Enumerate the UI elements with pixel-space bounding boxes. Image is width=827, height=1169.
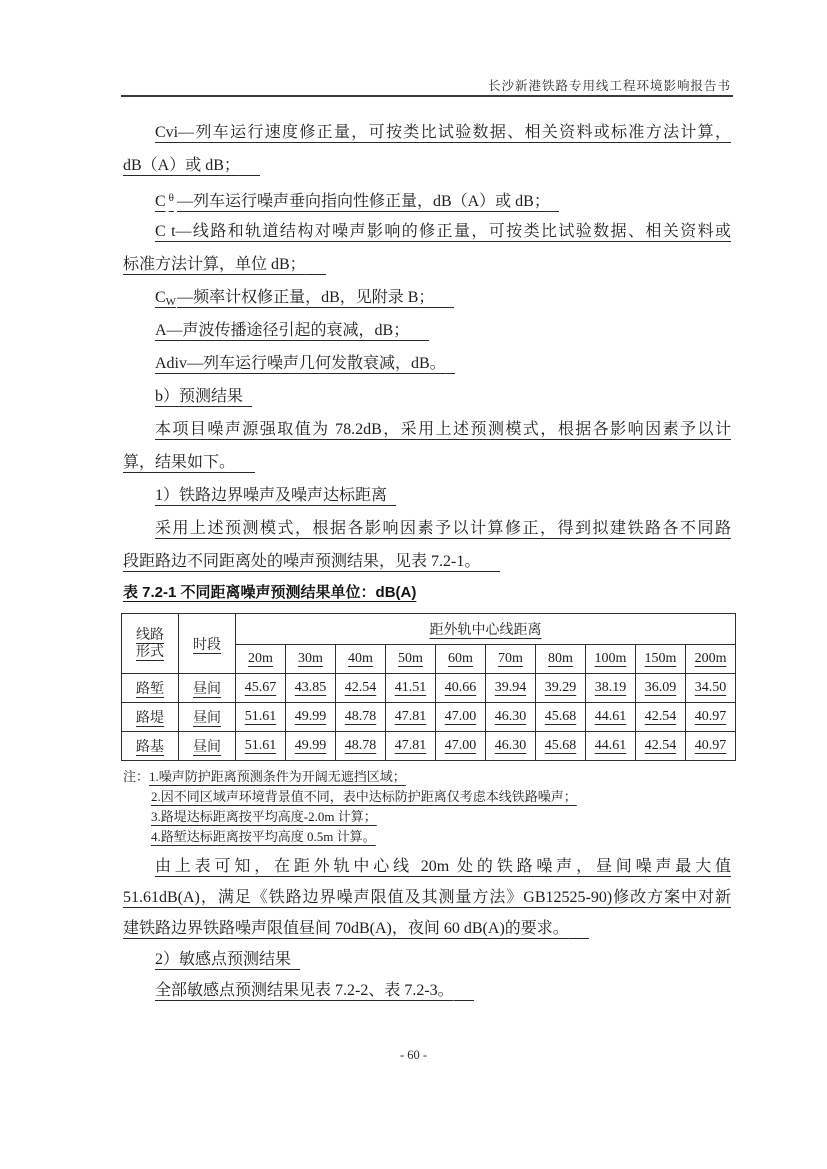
value-cell: 44.61 (586, 703, 636, 732)
body-text: C (155, 193, 166, 210)
distance-header-cell: 70m (486, 645, 536, 674)
distance-header-cell: 150m (636, 645, 686, 674)
body-line-ctheta: Cθ—列车运行噪声垂向指向性修正量，dB（A）或 dB； (123, 182, 731, 215)
distance-header-cell: 200m (686, 645, 736, 674)
distance-span-header-cell: 距外轨中心线距离 (236, 614, 736, 645)
table-notes: 注：1.噪声防护距离预测条件为开阔无遮挡区域； 2.因不同区域声环境背景值不同，… (123, 767, 731, 847)
body-line-a: A—声波传播途径引起的衰减，dB； (123, 314, 731, 347)
body-line-final: 全部敏感点预测结果见表 7.2-2、表 7.2-3。 (123, 975, 731, 1006)
body-text: 全部敏感点预测结果见表 7.2-2、表 7.2-3。 (155, 982, 454, 999)
underline-tail (306, 264, 326, 275)
value-cell: 39.94 (486, 674, 536, 703)
distance-header-cell: 60m (436, 645, 486, 674)
heading-2: 2）敏感点预测结果 (123, 944, 731, 975)
body-line-concl-3: 建铁路边界铁路噪声限值昼间 70dB(A)，夜间 60 dB(A)的要求。 (123, 913, 731, 944)
value-cell: 40.97 (686, 732, 736, 761)
w-subscript: W (166, 296, 176, 308)
underline-tail (291, 959, 300, 970)
period-header-cell: 时段 (179, 614, 236, 674)
underline-tail (235, 462, 255, 473)
table-header-row-span: 线路 形式 时段 距外轨中心线距离 (122, 614, 736, 645)
note-line: 4.路堑达标距离按平均高度 0.5m 计算。 (151, 827, 731, 847)
body-line-ct-1: C t—线路和轨道结构对噪声影响的修正量，可按类比试验数据、相关资料或 (123, 215, 731, 248)
value-cell: 45.68 (536, 703, 586, 732)
note-text: 2.因不同区域声环境背景值不同，表中达标防护距离仅考虑本线铁路噪声； (151, 789, 577, 804)
value-cell: 40.66 (436, 674, 486, 703)
body-text: 建铁路边界铁路噪声限值昼间 70dB(A)，夜间 60 dB(A)的要求。 (123, 920, 569, 937)
body-line-adopt-2: 段距路边不同距离处的噪声预测结果，见表 7.2-1。 (123, 545, 731, 578)
line-type-cell: 路堑 (122, 674, 179, 703)
heading-1: 1）铁路边界噪声及噪声达标距离 (123, 479, 731, 512)
underline-tail (387, 495, 396, 506)
value-cell: 40.97 (686, 703, 736, 732)
body-text: C (155, 289, 166, 306)
body-line-pred-2: 算，结果如下。 (123, 446, 731, 479)
line-type-header-cell: 线路 形式 (122, 614, 179, 674)
value-cell: 42.54 (636, 732, 686, 761)
period-cell: 昼间 (179, 703, 236, 732)
underline-tail (454, 990, 474, 1001)
value-cell: 41.51 (386, 674, 436, 703)
body-line-cvi-1: Cvi—列车运行速度修正量，可按类比试验数据、相关资料或标准方法计算， (123, 116, 731, 149)
page-number: - 60 - (0, 1048, 827, 1063)
table-row: 路堑昼间45.6743.8542.5441.5140.6639.9439.293… (122, 674, 736, 703)
value-cell: 45.68 (536, 732, 586, 761)
value-cell: 51.61 (236, 732, 286, 761)
table-row: 路堤昼间51.6149.9948.7847.8147.0046.3045.684… (122, 703, 736, 732)
theta-superscript: θ (169, 192, 174, 204)
value-cell: 34.50 (686, 674, 736, 703)
body-line-pred-1: 本项目噪声源强取值为 78.2dB，采用上述预测模式，根据各影响因素予以计 (123, 413, 731, 446)
header-text: 形式 (122, 644, 178, 661)
underline-tail (243, 396, 252, 407)
value-cell: 49.99 (286, 732, 336, 761)
value-cell: 36.09 (636, 674, 686, 703)
value-cell: 47.00 (436, 703, 486, 732)
value-cell: 48.78 (336, 703, 386, 732)
value-cell: 49.99 (286, 703, 336, 732)
body-line-concl-1: 由上表可知，在距外轨中心线 20m 处的铁路噪声，昼间噪声最大值 (123, 851, 731, 882)
underline-tail (480, 561, 500, 572)
distance-header-cell: 50m (386, 645, 436, 674)
heading-text: 1）铁路边界噪声及噪声达标距离 (155, 487, 387, 504)
line-type-cell: 路基 (122, 732, 179, 761)
table-body: 路堑昼间45.6743.8542.5441.5140.6639.9439.293… (122, 674, 736, 761)
note-line: 3.路堤达标距离按平均高度-2.0m 计算； (151, 807, 731, 827)
period-cell: 昼间 (179, 674, 236, 703)
value-cell: 47.81 (386, 732, 436, 761)
value-cell: 42.54 (636, 703, 686, 732)
table-row: 路基昼间51.6149.9948.7847.8147.0046.3045.684… (122, 732, 736, 761)
underline-tail (569, 928, 589, 939)
underline-tail (446, 363, 455, 374)
note-text: 4.路堑达标距离按平均高度 0.5m 计算。 (151, 829, 376, 844)
distance-header-cell: 40m (336, 645, 386, 674)
underline-tail (409, 330, 429, 341)
note-line: 2.因不同区域声环境背景值不同，表中达标防护距离仅考虑本线铁路噪声； (151, 787, 731, 807)
value-cell: 47.00 (436, 732, 486, 761)
body-line-adiv: Adiv—列车运行噪声几何发散衰减，dB。 (123, 347, 731, 380)
note-text: 1.噪声防护距离预测条件为开阔无遮挡区域； (149, 769, 406, 784)
underline-tail (550, 201, 559, 212)
body-text: 标准方法计算，单位 dB； (123, 256, 306, 273)
body-text: dB（A）或 dB； (123, 157, 240, 174)
body-line-cw: CW—频率计权修正量，dB，见附录 B； (123, 281, 731, 314)
table-caption: 表 7.2-1 不同距离噪声预测结果单位：dB(A) (123, 581, 731, 605)
value-cell: 46.30 (486, 703, 536, 732)
heading-text: 2）敏感点预测结果 (155, 951, 291, 968)
value-cell: 47.81 (386, 703, 436, 732)
value-cell: 38.19 (586, 674, 636, 703)
body-line-ct-2: 标准方法计算，单位 dB； (123, 248, 731, 281)
underline-tail (240, 165, 260, 176)
heading-b: b）预测结果 (123, 380, 731, 413)
body-line-adopt-1: 采用上述预测模式，根据各影响因素予以计算修正，得到拟建铁路各不同路 (123, 512, 731, 545)
notes-label: 注： (123, 769, 149, 784)
period-cell: 昼间 (179, 732, 236, 761)
header-text: 线路 (122, 627, 178, 644)
body-text: A—声波传播途径引起的衰减，dB； (155, 322, 409, 339)
value-cell: 44.61 (586, 732, 636, 761)
heading-text: b）预测结果 (155, 388, 243, 405)
value-cell: 43.85 (286, 674, 336, 703)
line-type-cell: 路堤 (122, 703, 179, 732)
distance-header-cell: 80m (536, 645, 586, 674)
underline-tail (434, 297, 454, 308)
body-text: —频率计权修正量，dB，见附录 B； (177, 289, 434, 306)
value-cell: 48.78 (336, 732, 386, 761)
body-line-cvi-2: dB（A）或 dB； (123, 149, 731, 182)
body-text: 段距路边不同距离处的噪声预测结果，见表 7.2-1。 (123, 553, 480, 570)
distance-header-cell: 30m (286, 645, 336, 674)
body-text: —列车运行噪声垂向指向性修正量，dB（A）或 dB； (177, 193, 550, 210)
distance-header-cell: 20m (236, 645, 286, 674)
value-cell: 51.61 (236, 703, 286, 732)
value-cell: 46.30 (486, 732, 536, 761)
body-text: 算，结果如下。 (123, 454, 235, 471)
header-title: 长沙新港铁路专用线工程环境影响报告书 (488, 79, 731, 93)
value-cell: 45.67 (236, 674, 286, 703)
noise-prediction-table: 线路 形式 时段 距外轨中心线距离 20m30m40m50m60m70m80m1… (121, 613, 736, 761)
body-text: Adiv—列车运行噪声几何发散衰减，dB。 (155, 355, 446, 372)
note-text: 3.路堤达标距离按平均高度-2.0m 计算； (151, 809, 377, 824)
page-header: 长沙新港铁路专用线工程环境影响报告书 (123, 76, 731, 95)
content: Cvi—列车运行速度修正量，可按类比试验数据、相关资料或标准方法计算， dB（A… (123, 97, 731, 1006)
value-cell: 39.29 (536, 674, 586, 703)
value-cell: 42.54 (336, 674, 386, 703)
document-page: 长沙新港铁路专用线工程环境影响报告书 Cvi—列车运行速度修正量，可按类比试验数… (0, 0, 827, 1169)
note-line: 注：1.噪声防护距离预测条件为开阔无遮挡区域； (123, 767, 731, 787)
body-line-concl-2: 51.61dB(A)，满足《铁路边界噪声限值及其测量方法》GB12525-90)… (123, 882, 731, 913)
distance-header-cell: 100m (586, 645, 636, 674)
